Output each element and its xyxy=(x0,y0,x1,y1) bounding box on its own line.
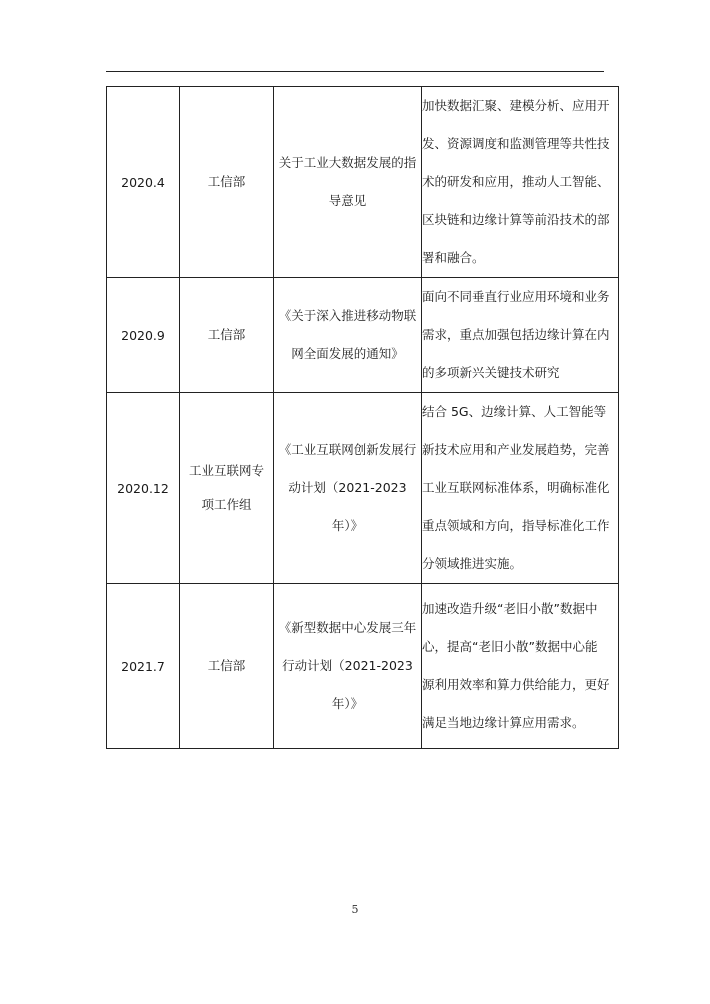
content-cell: 加快数据汇聚、建模分析、应用开 发、资源调度和监测管理等共性技 术的研发和应用，… xyxy=(422,87,619,278)
content-cell: 面向不同垂直行业应用环境和业务 需求，重点加强包括边缘计算在内 的多项新兴关键技… xyxy=(422,278,619,393)
date-cell: 2021.7 xyxy=(107,584,180,749)
page-number: 5 xyxy=(0,903,710,916)
header-rule xyxy=(106,71,604,72)
document-title-cell: 《工业互联网创新发展行 动计划（2021-2023 年）》 xyxy=(274,393,422,584)
issuer-cell: 工信部 xyxy=(180,87,274,278)
issuer-cell: 工业互联网专 项工作组 xyxy=(180,393,274,584)
table-row: 2021.7 工信部 《新型数据中心发展三年 行动计划（2021-2023 年）… xyxy=(107,584,619,749)
date-cell: 2020.9 xyxy=(107,278,180,393)
date-cell: 2020.4 xyxy=(107,87,180,278)
date-cell: 2020.12 xyxy=(107,393,180,584)
content-cell: 结合 5G、边缘计算、人工智能等 新技术应用和产业发展趋势，完善 工业互联网标准… xyxy=(422,393,619,584)
document-title-cell: 《新型数据中心发展三年 行动计划（2021-2023 年）》 xyxy=(274,584,422,749)
issuer-cell: 工信部 xyxy=(180,584,274,749)
table-row: 2020.4 工信部 关于工业大数据发展的指 导意见 加快数据汇聚、建模分析、应… xyxy=(107,87,619,278)
table-row: 2020.9 工信部 《关于深入推进移动物联 网全面发展的通知》 面向不同垂直行… xyxy=(107,278,619,393)
content-cell: 加速改造升级“老旧小散”数据中 心，提高“老旧小散”数据中心能 源利用效率和算力… xyxy=(422,584,619,749)
document-title-cell: 《关于深入推进移动物联 网全面发展的通知》 xyxy=(274,278,422,393)
policy-table: 2020.4 工信部 关于工业大数据发展的指 导意见 加快数据汇聚、建模分析、应… xyxy=(106,86,619,749)
table-row: 2020.12 工业互联网专 项工作组 《工业互联网创新发展行 动计划（2021… xyxy=(107,393,619,584)
issuer-cell: 工信部 xyxy=(180,278,274,393)
document-title-cell: 关于工业大数据发展的指 导意见 xyxy=(274,87,422,278)
